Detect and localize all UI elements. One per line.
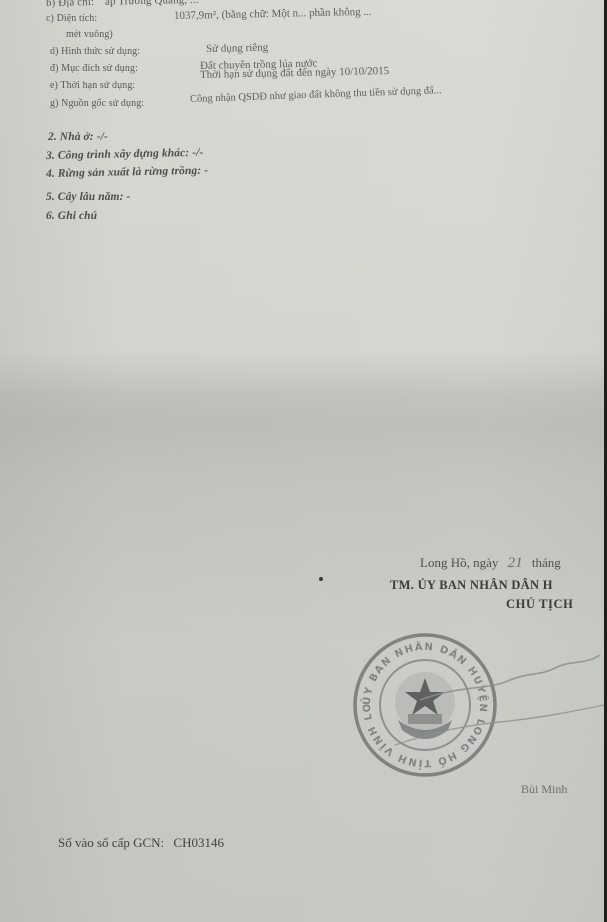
section-house: 2. Nhà ở: -/- bbox=[48, 131, 108, 143]
section-notes-label: 6. Ghi chú bbox=[46, 210, 97, 222]
section-perennial-trees-label: 5. Cây lâu năm: bbox=[46, 191, 124, 203]
land-origin-label: g) Nguồn gốc sử dụng: bbox=[50, 98, 144, 109]
section-perennial-trees: 5. Cây lâu năm: - bbox=[46, 191, 130, 203]
issuing-organization: TM. ỦY BAN NHÂN DÂN H bbox=[390, 578, 553, 593]
section-house-value: -/- bbox=[97, 131, 108, 143]
date-day: 21 bbox=[508, 555, 523, 571]
signer-title: CHỦ TỊCH bbox=[506, 597, 573, 612]
land-address-label: b) Địa chỉ: bbox=[46, 0, 94, 9]
section-perennial-trees-value: - bbox=[127, 191, 131, 203]
section-other-construction-value: -/- bbox=[192, 147, 203, 159]
land-area-label: c) Diện tích: bbox=[46, 13, 97, 24]
land-use-form-value: Sử dụng riêng bbox=[206, 42, 268, 55]
ink-dot bbox=[319, 577, 323, 581]
land-use-form-label: d) Hình thức sử dụng: bbox=[50, 46, 140, 57]
section-planted-forest-value: - bbox=[204, 165, 208, 177]
land-purpose-label: đ) Mục đích sử dụng: bbox=[50, 63, 138, 74]
month-prefix: tháng bbox=[532, 555, 561, 570]
section-house-label: 2. Nhà ở: bbox=[48, 131, 94, 143]
place-date-line: Long Hồ, ngày 21 tháng bbox=[420, 555, 561, 572]
section-notes: 6. Ghi chú bbox=[46, 210, 97, 222]
official-seal-icon: ỦY BAN NHÂN DÂN HUYỆN LONG HỒ TỈNH VĨNH … bbox=[350, 630, 500, 780]
signer-name: Bùi Minh bbox=[521, 782, 567, 797]
land-area-words-tail: mét vuông) bbox=[66, 29, 113, 40]
place-prefix: Long Hồ, ngày bbox=[420, 555, 498, 570]
certificate-registration-number: Số vào sổ cấp GCN: CH03146 bbox=[58, 835, 224, 851]
land-term-label: e) Thời hạn sử dụng: bbox=[50, 80, 135, 91]
registration-label: Số vào sổ cấp GCN: bbox=[58, 835, 164, 850]
registration-number: CH03146 bbox=[173, 835, 224, 850]
